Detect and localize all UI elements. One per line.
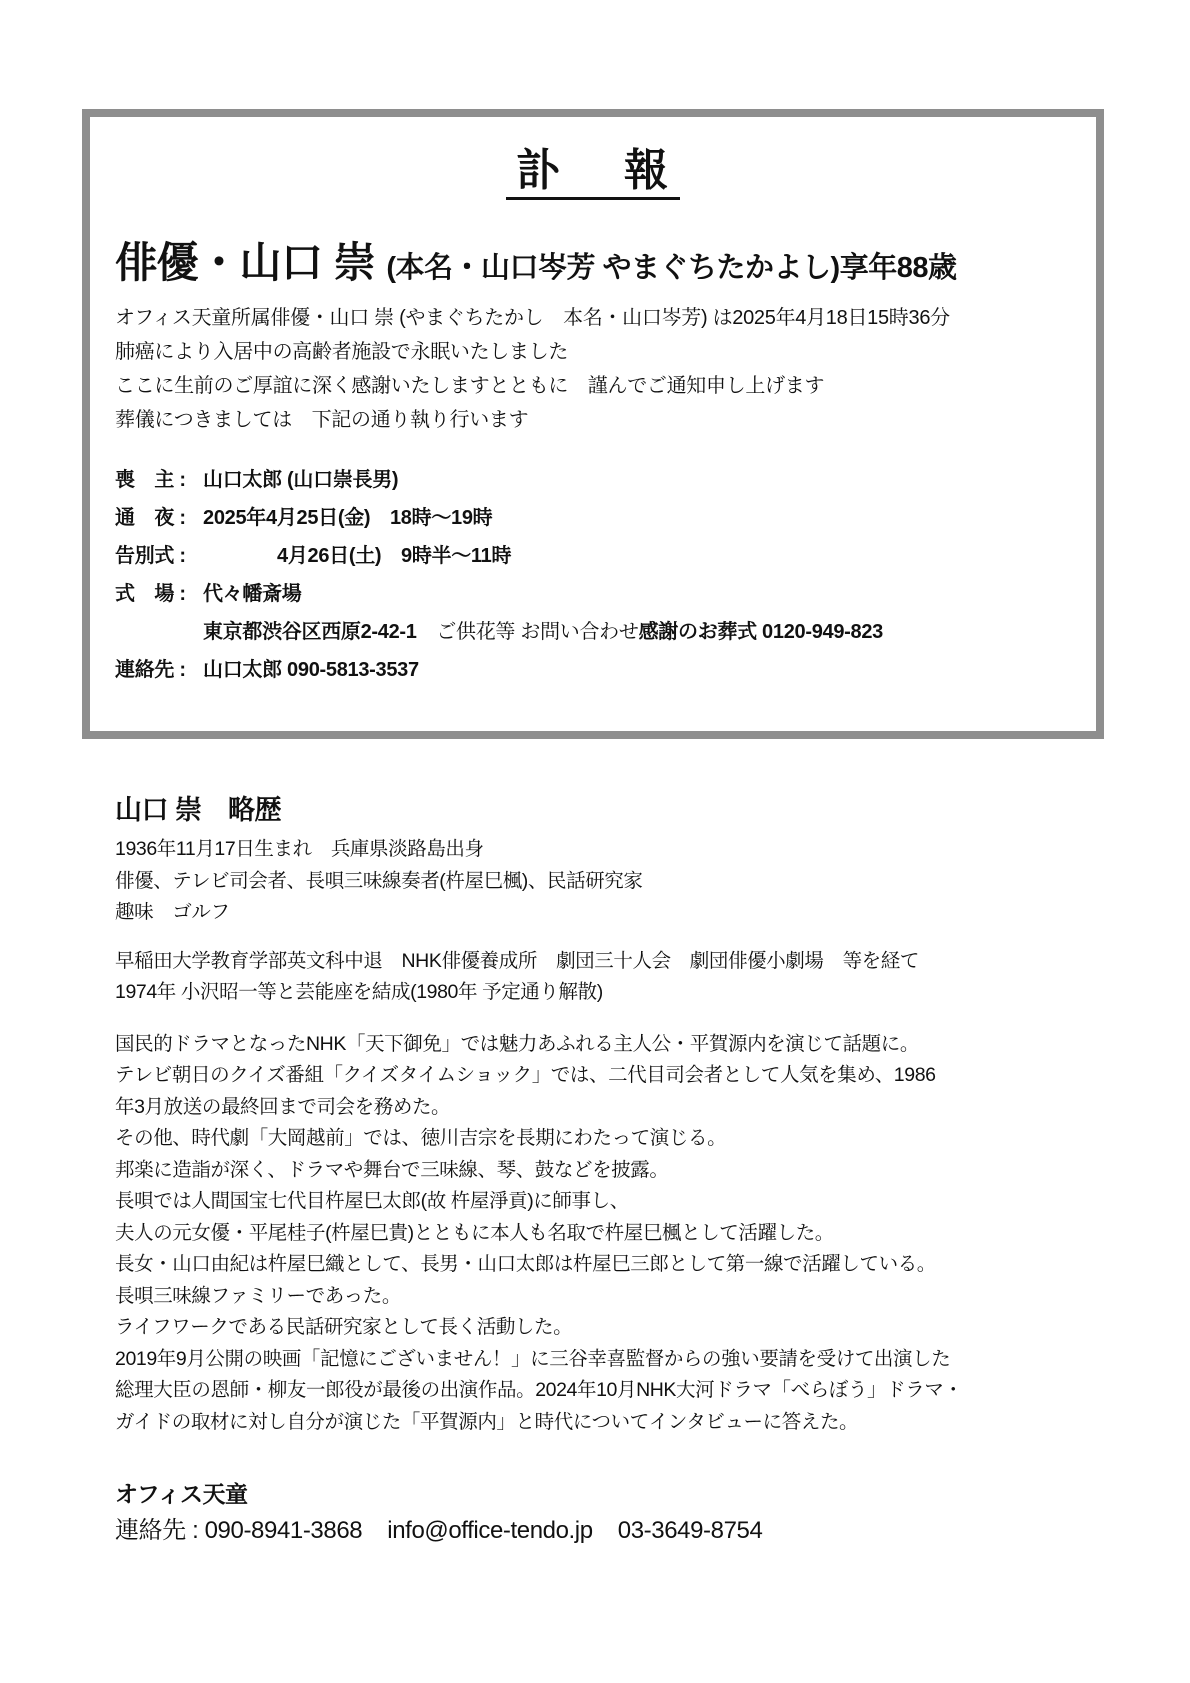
notice-title: 訃報 [90, 145, 1096, 200]
bio-line: ライフワークである民話研究家として長く活動した。 [115, 1312, 1085, 1344]
intro-line: 葬儀につきましては 下記の通り執り行います [115, 403, 950, 437]
flower-inquiry-contact: 感謝のお葬式 0120-949-823 [639, 613, 883, 651]
bio-line: 長唄三味線ファミリーであった。 [115, 1281, 1085, 1313]
headline-sub: (本名・山口岑芳 やまぐちたかよし)享年88歳 [386, 252, 956, 284]
office-email: info@office-tendo.jp [387, 1517, 592, 1544]
chief-mourner-value: 山口太郎 (山口崇長男) [203, 461, 398, 499]
bio-line: 年3月放送の最終回まで司会を務めた。 [115, 1092, 1085, 1124]
bio-para-career: 国民的ドラマとなったNHK「天下御免」では魅力あふれる主人公・平賀源内を演じて話… [115, 1029, 1085, 1439]
intro-text: オフィス天童所属俳優・山口 崇 (やまぐちたかし 本名・山口岑芳) は2025年… [115, 301, 950, 437]
bio-line: 邦楽に造詣が深く、ドラマや舞台で三味線、琴、鼓などを披露。 [115, 1155, 1085, 1187]
office-name: オフィス天童 [115, 1477, 762, 1511]
venue-address: 東京都渋谷区西原2-42-1 [203, 613, 417, 651]
wake-label: 通 夜 : [115, 499, 203, 537]
detail-row-funeral: 告別式 : 4月26日(土) 9時半〜11時 [115, 537, 883, 575]
venue-value: 代々幡斎場 [203, 575, 302, 613]
bio-para-education: 早稲田大学教育学部英文科中退 NHK俳優養成所 劇団三十人会 劇団俳優小劇場 等… [115, 946, 1085, 1009]
flower-inquiry-label: ご供花等 お問い合わせ [417, 613, 639, 651]
contact-label: 連絡先 : [115, 651, 203, 689]
bio-line: 俳優、テレビ司会者、長唄三味線奏者(杵屋巳楓)、民話研究家 [115, 866, 1085, 898]
bio-line: 長女・山口由紀は杵屋巳織として、長男・山口太郎は杵屋巳三郎として第一線で活躍して… [115, 1249, 1085, 1281]
office-contact-label: 連絡先 : [115, 1517, 205, 1544]
intro-line: ここに生前のご厚誼に深く感謝いたしますとともに 謹んでご通知申し上げます [115, 369, 950, 403]
detail-row-contact: 連絡先 : 山口太郎 090-5813-3537 [115, 651, 883, 689]
bio-line: 長唄では人間国宝七代目杵屋巳太郎(故 杵屋淨貢)に師事し、 [115, 1186, 1085, 1218]
bio-line: 1974年 小沢昭一等と芸能座を結成(1980年 予定通り解散) [115, 977, 1085, 1009]
office-contact: 連絡先 : 090-8941-3868 info@office-tendo.jp… [115, 1511, 762, 1551]
office-landline: 03-3649-8754 [618, 1517, 763, 1544]
office-phone: 090-8941-3868 [205, 1517, 363, 1544]
funeral-value: 4月26日(土) 9時半〜11時 [203, 537, 511, 575]
bio-line: 1936年11月17日生まれ 兵庫県淡路島出身 [115, 834, 1085, 866]
obituary-notice-box: 訃報 俳優・山口 崇 (本名・山口岑芳 やまぐちたかよし)享年88歳 オフィス天… [82, 109, 1104, 739]
funeral-label: 告別式 : [115, 537, 203, 575]
bio-line: テレビ朝日のクイズ番組「クイズタイムショック」では、二代目司会者として人気を集め… [115, 1060, 1085, 1092]
biography-section: 山口 崇 略歴 1936年11月17日生まれ 兵庫県淡路島出身 俳優、テレビ司会… [115, 790, 1085, 1438]
notice-title-underlined: 訃報 [506, 145, 680, 200]
bio-para-profile: 1936年11月17日生まれ 兵庫県淡路島出身 俳優、テレビ司会者、長唄三味線奏… [115, 834, 1085, 929]
bio-line: 趣味 ゴルフ [115, 897, 1085, 929]
detail-row-address: 東京都渋谷区西原2-42-1 ご供花等 お問い合わせ 感謝のお葬式 0120-9… [115, 613, 883, 651]
office-footer: オフィス天童 連絡先 : 090-8941-3868 info@office-t… [115, 1477, 762, 1551]
bio-line: 夫人の元女優・平尾桂子(杵屋巳貴)とともに本人も名取で杵屋巳楓として活躍した。 [115, 1218, 1085, 1250]
headline-main: 俳優・山口 崇 [115, 239, 386, 286]
chief-mourner-label: 喪 主 : [115, 461, 203, 499]
detail-row-wake: 通 夜 : 2025年4月25日(金) 18時〜19時 [115, 499, 883, 537]
bio-title: 山口 崇 略歴 [115, 790, 1085, 830]
title-char-2: 報 [624, 145, 670, 196]
intro-line: 肺癌により入居中の高齢者施設で永眠いたしました [115, 335, 950, 369]
wake-value: 2025年4月25日(金) 18時〜19時 [203, 499, 492, 537]
bio-line: ガイドの取材に対し自分が演じた「平賀源内」と時代についてインタビューに答えた。 [115, 1407, 1085, 1439]
address-spacer [115, 613, 203, 651]
funeral-details: 喪 主 : 山口太郎 (山口崇長男) 通 夜 : 2025年4月25日(金) 1… [115, 461, 883, 689]
bio-line: 総理大臣の恩師・柳友一郎役が最後の出演作品。2024年10月NHK大河ドラマ「べ… [115, 1375, 1085, 1407]
bio-line: 2019年9月公開の映画「記憶にございません！」に三谷幸喜監督からの強い要請を受… [115, 1344, 1085, 1376]
detail-row-venue: 式 場 : 代々幡斎場 [115, 575, 883, 613]
intro-line: オフィス天童所属俳優・山口 崇 (やまぐちたかし 本名・山口岑芳) は2025年… [115, 301, 950, 335]
bio-line: その他、時代劇「大岡越前」では、徳川吉宗を長期にわたって演じる。 [115, 1123, 1085, 1155]
headline: 俳優・山口 崇 (本名・山口岑芳 やまぐちたかよし)享年88歳 [115, 230, 956, 290]
venue-label: 式 場 : [115, 575, 203, 613]
bio-line: 国民的ドラマとなったNHK「天下御免」では魅力あふれる主人公・平賀源内を演じて話… [115, 1029, 1085, 1061]
detail-row-chief-mourner: 喪 主 : 山口太郎 (山口崇長男) [115, 461, 883, 499]
contact-value: 山口太郎 090-5813-3537 [203, 651, 419, 689]
title-char-1: 訃 [516, 145, 562, 196]
bio-line: 早稲田大学教育学部英文科中退 NHK俳優養成所 劇団三十人会 劇団俳優小劇場 等… [115, 946, 1085, 978]
